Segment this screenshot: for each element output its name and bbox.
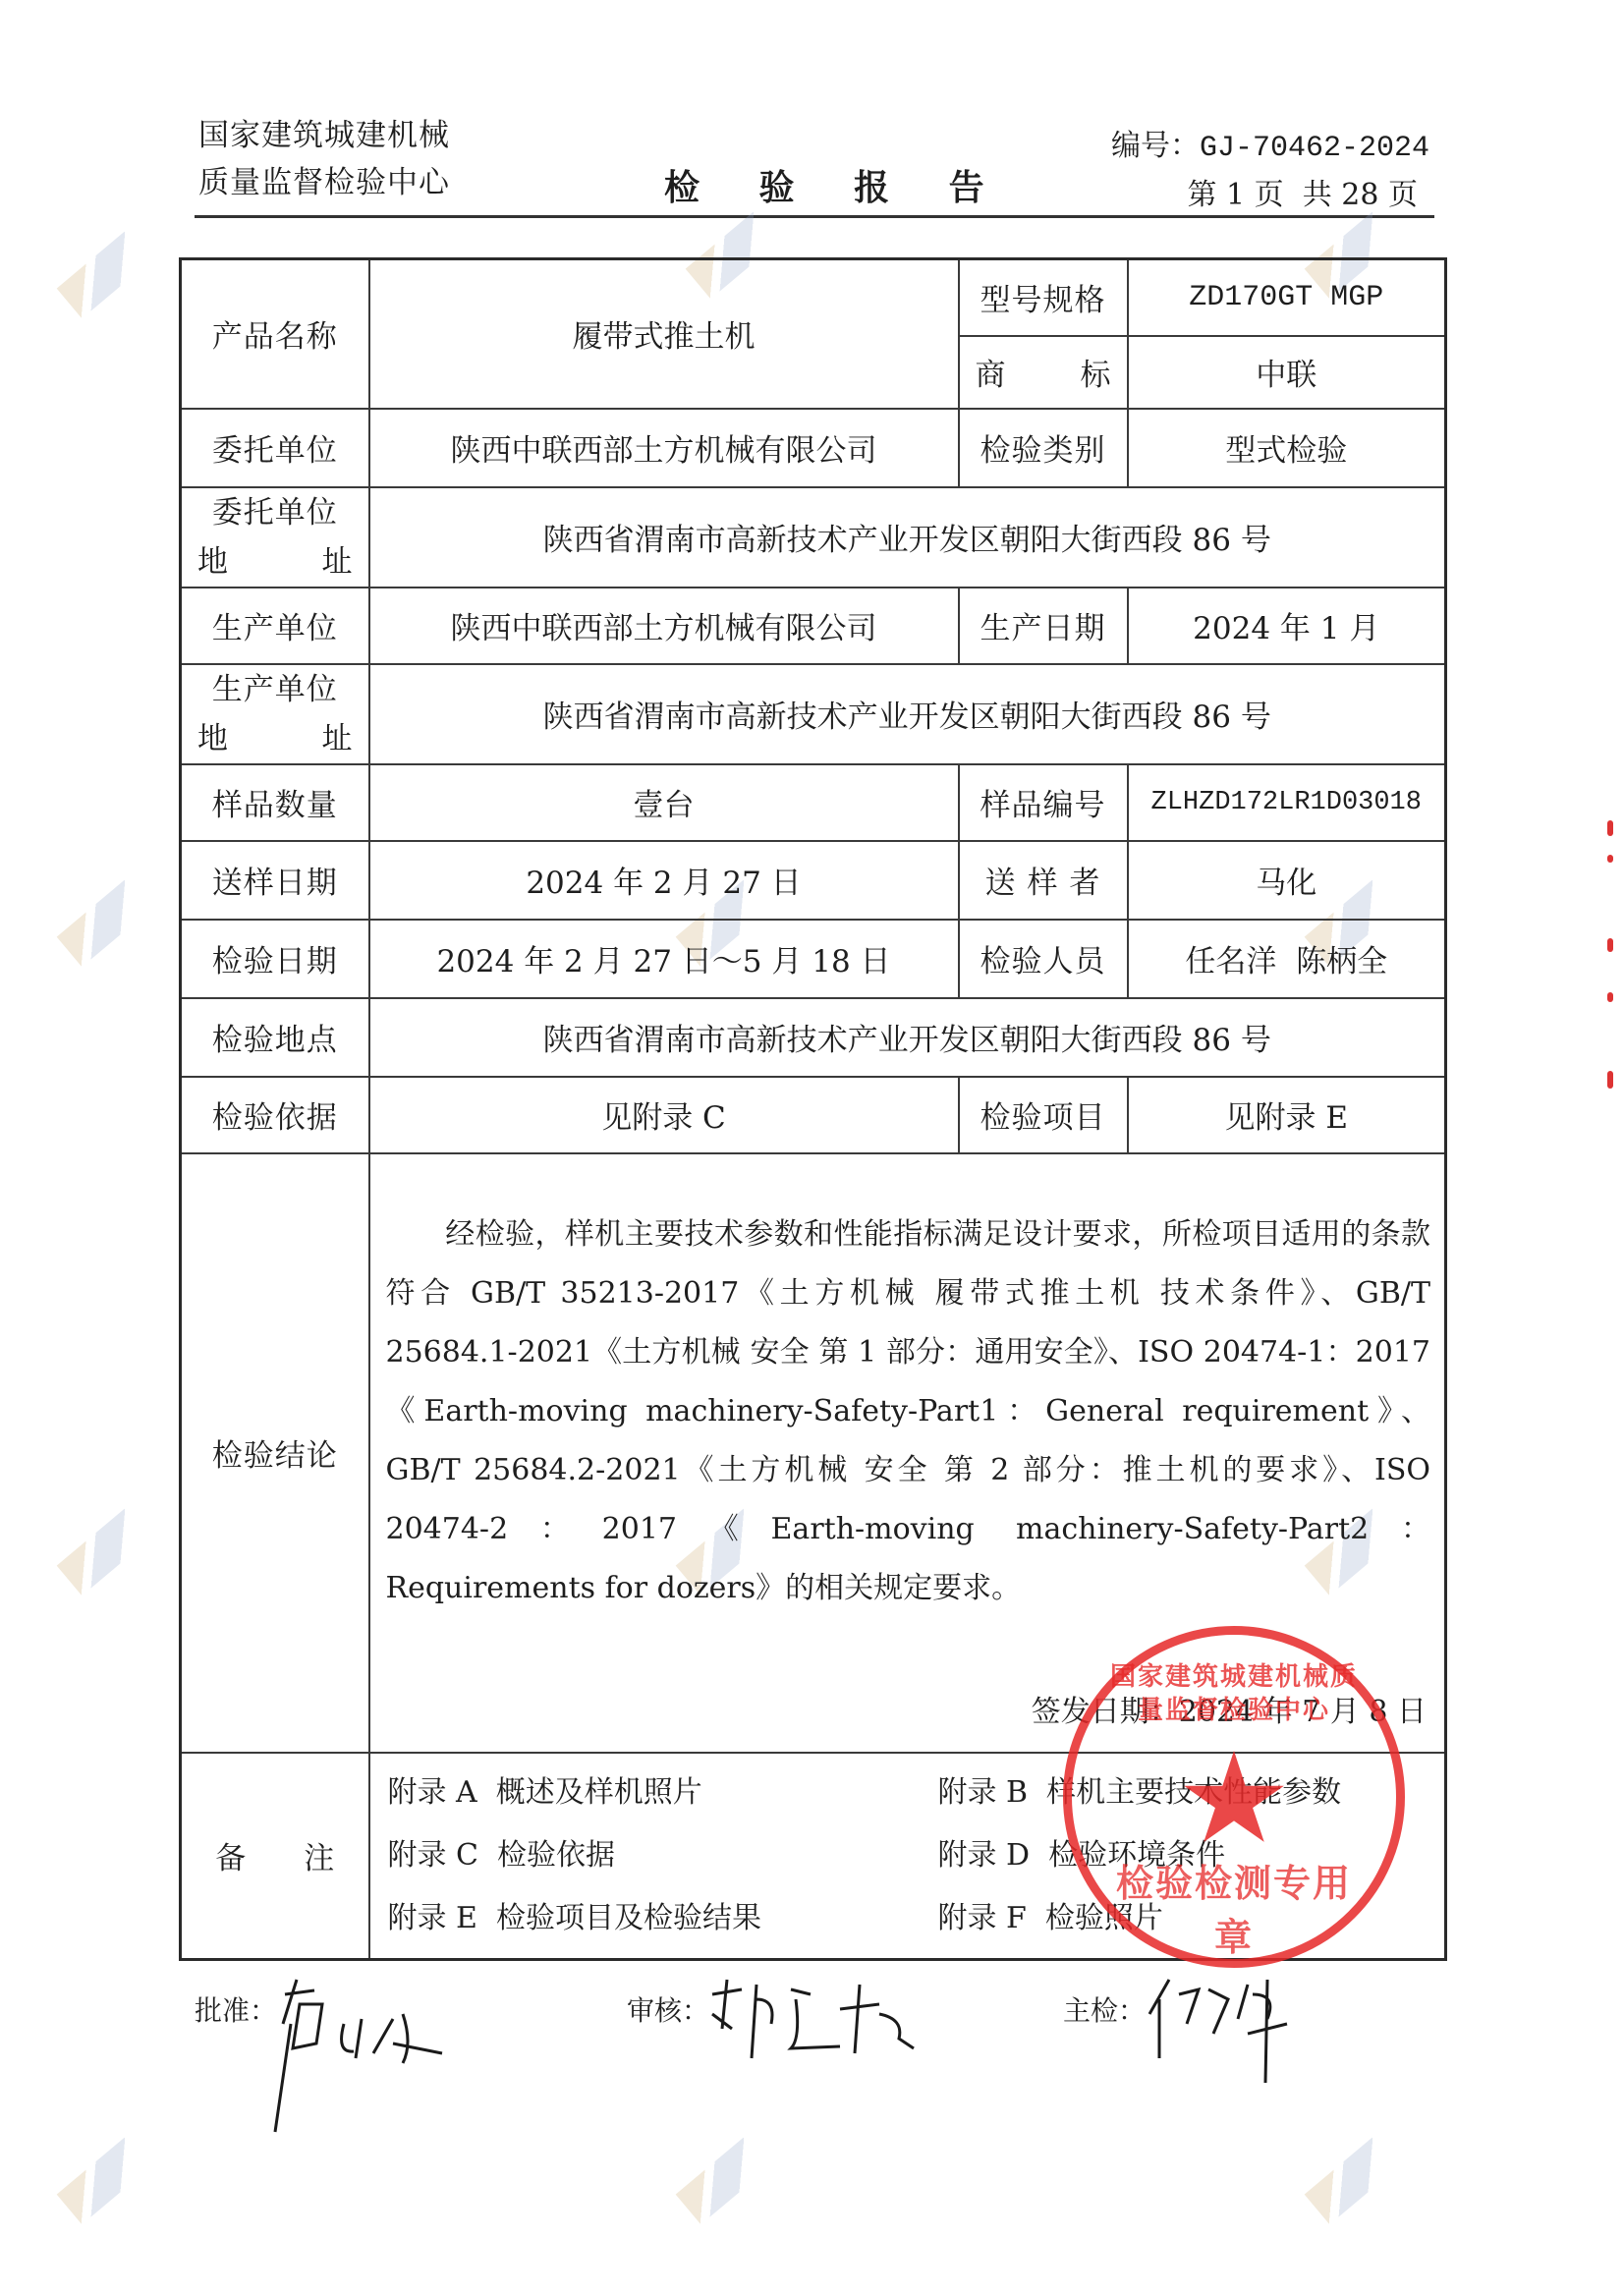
- edge-seal-mark: [1607, 1071, 1613, 1089]
- report-number-label: 编号：: [1111, 129, 1200, 163]
- inspection-type-label: 检验类别: [959, 409, 1128, 487]
- inspection-basis-label: 检验依据: [181, 1077, 369, 1153]
- inspection-report-table: 产品名称 履带式推土机 型号规格 ZD170GT MGP 商 标 中联 委托单位…: [179, 257, 1447, 1961]
- appendix-item: 附录 C 检验依据: [388, 1824, 938, 1887]
- appendix-item: 附录 D 检验环境条件: [938, 1824, 1445, 1887]
- edge-seal-mark: [1607, 820, 1613, 836]
- client-label: 委托单位: [181, 409, 369, 487]
- manufacturer-address-label-line2: 地 址: [182, 714, 368, 763]
- sender-value: 马化: [1128, 841, 1446, 920]
- approver-signature: [246, 1965, 511, 2142]
- sample-no-label: 样品编号: [959, 764, 1128, 841]
- table-row: 委托单位 陕西中联西部土方机械有限公司 检验类别 型式检验: [181, 409, 1446, 487]
- edge-seal-mark: [1607, 992, 1613, 1002]
- reviewer-signature: [702, 1970, 968, 2078]
- manufacturer-address-label: 生产单位 地 址: [181, 664, 369, 764]
- model-value: ZD170GT MGP: [1128, 259, 1446, 336]
- inspection-items-value: 见附录 E: [1128, 1077, 1446, 1153]
- chief-inspector-signature: [1140, 1965, 1336, 2093]
- inspection-site-value: 陕西省渭南市高新技术产业开发区朝阳大街西段 86 号: [369, 998, 1446, 1077]
- manufacturer-label: 生产单位: [181, 588, 369, 664]
- appendix-item: 附录 A 概述及样机照片: [388, 1762, 938, 1824]
- org-name-line2: 质量监督检验中心: [198, 157, 450, 201]
- appendix-item: 附录 E 检验项目及检验结果: [388, 1887, 938, 1950]
- inspectors-value: 任名洋 陈柄全: [1128, 920, 1446, 998]
- client-address-value: 陕西省渭南市高新技术产业开发区朝阳大街西段 86 号: [369, 487, 1446, 588]
- table-row: 备 注 附录 A 概述及样机照片 附录 B 样机主要技术性能参数 附录 C 检验…: [181, 1753, 1446, 1960]
- conclusion-text: 经检验，样机主要技术参数和性能指标满足设计要求，所检项目适用的条款符合 GB/T…: [386, 1205, 1431, 1618]
- appendix-item: 附录 B 样机主要技术性能参数: [938, 1762, 1445, 1824]
- brand-value: 中联: [1128, 336, 1446, 409]
- table-row: 生产单位 陕西中联西部土方机械有限公司 生产日期 2024 年 1 月: [181, 588, 1446, 664]
- client-value: 陕西中联西部土方机械有限公司: [369, 409, 959, 487]
- inspection-site-label: 检验地点: [181, 998, 369, 1077]
- product-name-value: 履带式推土机: [369, 259, 959, 409]
- model-label: 型号规格: [959, 259, 1128, 336]
- edge-seal-mark: [1607, 855, 1613, 863]
- watermark-icon: [57, 880, 150, 967]
- watermark-icon: [1305, 2138, 1398, 2224]
- table-row: 检验地点 陕西省渭南市高新技术产业开发区朝阳大街西段 86 号: [181, 998, 1446, 1077]
- manufacturer-value: 陕西中联西部土方机械有限公司: [369, 588, 959, 664]
- remarks-cell: 附录 A 概述及样机照片 附录 B 样机主要技术性能参数 附录 C 检验依据 附…: [369, 1753, 1446, 1960]
- org-name-line1: 国家建筑城建机械: [198, 110, 450, 154]
- inspection-date-label: 检验日期: [181, 920, 369, 998]
- table-row: 样品数量 壹台 样品编号 ZLHZD172LR1D03018: [181, 764, 1446, 841]
- review-label: 审核：: [627, 1989, 709, 2029]
- watermark-icon: [57, 2138, 150, 2224]
- sample-qty-label: 样品数量: [181, 764, 369, 841]
- sender-label: 送 样 者: [959, 841, 1128, 920]
- table-row: 委托单位 地 址 陕西省渭南市高新技术产业开发区朝阳大街西段 86 号: [181, 487, 1446, 588]
- inspection-type-value: 型式检验: [1128, 409, 1446, 487]
- appendix-list: 附录 A 概述及样机照片 附录 B 样机主要技术性能参数 附录 C 检验依据 附…: [370, 1754, 1445, 1958]
- sample-no-value: ZLHZD172LR1D03018: [1128, 764, 1446, 841]
- delivery-date-value: 2024 年 2 月 27 日: [369, 841, 959, 920]
- watermark-icon: [676, 2138, 769, 2224]
- production-date-value: 2024 年 1 月: [1128, 588, 1446, 664]
- table-row: 送样日期 2024 年 2 月 27 日 送 样 者 马化: [181, 841, 1446, 920]
- doc-title: 检 验 报 告: [664, 160, 1008, 210]
- report-number-value: GJ-70462-2024: [1200, 132, 1429, 165]
- edge-seal-mark: [1607, 938, 1613, 952]
- manufacturer-address-value: 陕西省渭南市高新技术产业开发区朝阳大街西段 86 号: [369, 664, 1446, 764]
- product-name-label: 产品名称: [181, 259, 369, 409]
- table-row: 检验日期 2024 年 2 月 27 日～5 月 18 日 检验人员 任名洋 陈…: [181, 920, 1446, 998]
- watermark-icon: [57, 1509, 150, 1595]
- table-row: 产品名称 履带式推土机 型号规格 ZD170GT MGP: [181, 259, 1446, 336]
- chief-inspector-label: 主检：: [1063, 1989, 1146, 2029]
- appendix-item: 附录 F 检验照片: [938, 1887, 1445, 1950]
- header-divider: [195, 215, 1434, 218]
- inspection-basis-value: 见附录 C: [369, 1077, 959, 1153]
- issue-date: 签发日期：2024 年 7 月 8 日: [1032, 1687, 1427, 1730]
- manufacturer-address-label-line1: 生产单位: [182, 665, 368, 714]
- brand-label: 商 标: [959, 336, 1128, 409]
- watermark-icon: [57, 232, 150, 318]
- report-number: 编号：GJ-70462-2024: [1111, 121, 1429, 165]
- sample-qty-value: 壹台: [369, 764, 959, 841]
- remarks-label: 备 注: [181, 1753, 369, 1960]
- conclusion-label: 检验结论: [181, 1153, 369, 1753]
- client-address-label-line2: 地 址: [182, 537, 368, 587]
- conclusion-cell: 经检验，样机主要技术参数和性能指标满足设计要求，所检项目适用的条款符合 GB/T…: [369, 1153, 1446, 1753]
- inspection-items-label: 检验项目: [959, 1077, 1128, 1153]
- page-info: 第 1 页 共 28 页: [1188, 170, 1418, 213]
- table-row: 检验依据 见附录 C 检验项目 见附录 E: [181, 1077, 1446, 1153]
- table-row: 生产单位 地 址 陕西省渭南市高新技术产业开发区朝阳大街西段 86 号: [181, 664, 1446, 764]
- inspection-date-value: 2024 年 2 月 27 日～5 月 18 日: [369, 920, 959, 998]
- table-row: 检验结论 经检验，样机主要技术参数和性能指标满足设计要求，所检项目适用的条款符合…: [181, 1153, 1446, 1753]
- client-address-label: 委托单位 地 址: [181, 487, 369, 588]
- client-address-label-line1: 委托单位: [182, 488, 368, 537]
- inspectors-label: 检验人员: [959, 920, 1128, 998]
- delivery-date-label: 送样日期: [181, 841, 369, 920]
- production-date-label: 生产日期: [959, 588, 1128, 664]
